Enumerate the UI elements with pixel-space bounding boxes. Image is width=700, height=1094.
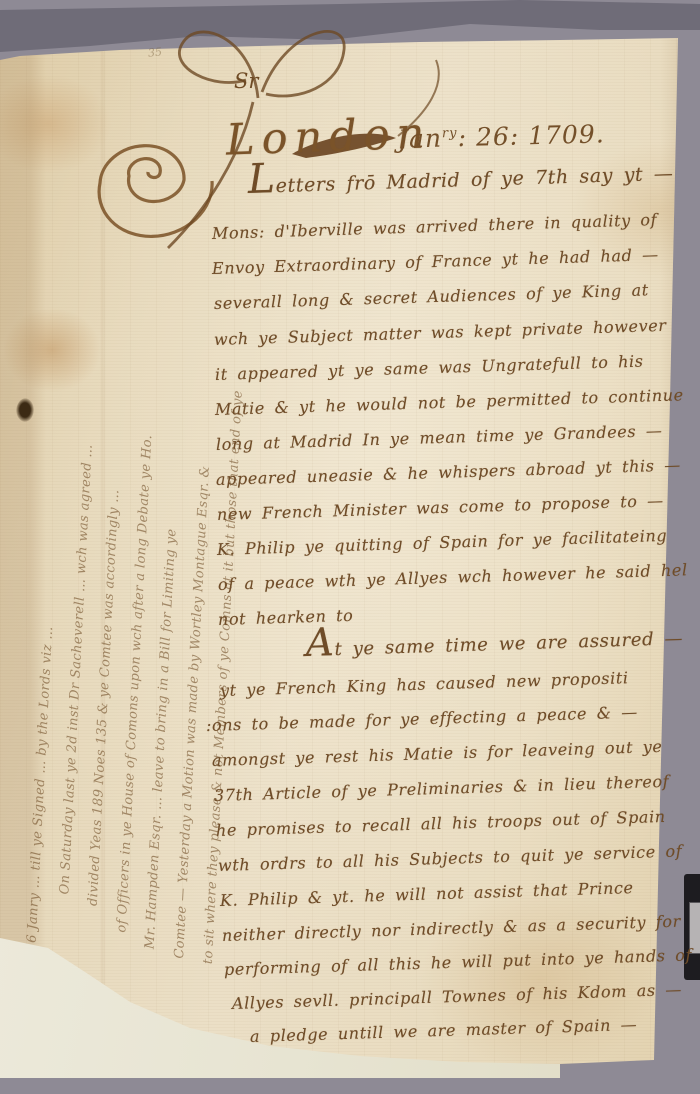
folio-mark: 35 bbox=[147, 45, 162, 59]
date-month: Jan bbox=[398, 124, 443, 154]
photograph-of-manuscript: Sr 35 London Janry: 26: 1709. Letters fr… bbox=[0, 0, 700, 1094]
date-line: Janry: 26: 1709. bbox=[398, 119, 605, 153]
date-superscript: ry bbox=[442, 126, 458, 141]
date-rest: : 26: 1709. bbox=[457, 119, 605, 152]
